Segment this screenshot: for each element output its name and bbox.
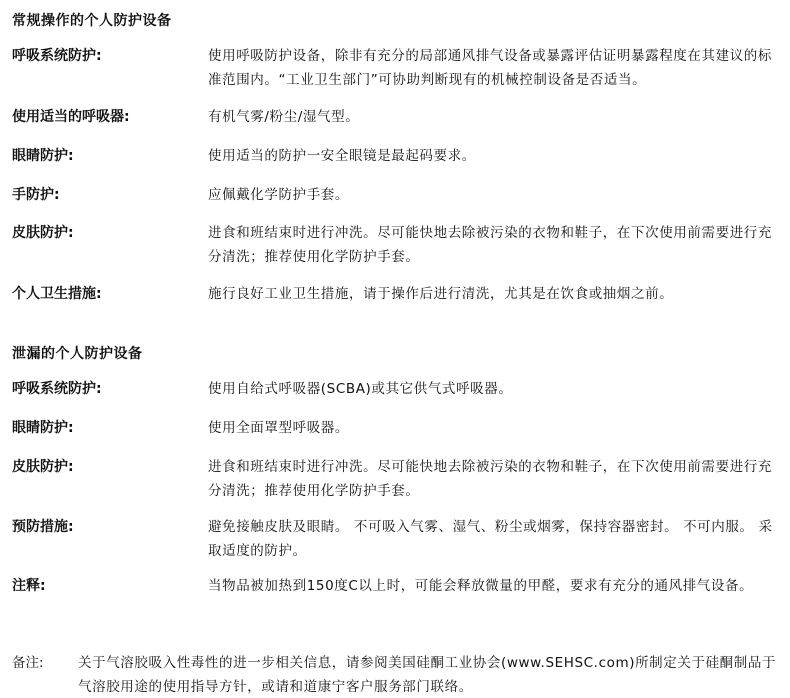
field-label: 预防措施: — [12, 515, 74, 539]
field-value: 避免接触皮肤及眼睛。 不可吸入气雾、湿气、粉尘或烟雾，保持容器密封。 不可内服。… — [208, 515, 782, 563]
field-value: 施行良好工业卫生措施，请于操作后进行清洗，尤其是在饮食或抽烟之前。 — [208, 282, 782, 306]
field-label: 皮肤防护: — [12, 455, 74, 479]
field-label: 皮肤防护: — [12, 221, 74, 245]
section-heading-spill-ppe: 泄漏的个人防护设备 — [12, 343, 143, 363]
field-label: 呼吸系统防护: — [12, 44, 102, 68]
field-value: 使用自给式呼吸器(SCBA)或其它供气式呼吸器。 — [208, 377, 782, 401]
field-label: 手防护: — [12, 183, 60, 207]
field-value: 使用适当的防护一安全眼镜是最起码要求。 — [208, 144, 782, 168]
field-value: 进食和班结束时进行冲洗。尽可能快地去除被污染的衣物和鞋子，在下次使用前需要进行充… — [208, 221, 782, 269]
field-value: 应佩戴化学防护手套。 — [208, 183, 782, 207]
field-value: 有机气雾/粉尘/湿气型。 — [208, 105, 782, 129]
field-label: 眼睛防护: — [12, 416, 74, 440]
field-label: 注释: — [12, 574, 46, 598]
field-label: 个人卫生措施: — [12, 282, 102, 306]
field-label: 呼吸系统防护: — [12, 377, 102, 401]
field-value: 当物品被加热到150度C以上时，可能会释放微量的甲醛，要求有充分的通风排气设备。 — [208, 574, 782, 598]
footnote-text: 关于气溶胶吸入性毒性的进一步相关信息，请参阅美国硅酮工业协会(www.SEHSC… — [78, 651, 788, 698]
field-value: 使用全面罩型呼吸器。 — [208, 416, 782, 440]
field-label: 眼睛防护: — [12, 144, 74, 168]
field-value: 进食和班结束时进行冲洗。尽可能快地去除被污染的衣物和鞋子，在下次使用前需要进行充… — [208, 455, 782, 503]
section-heading-routine-ppe: 常规操作的个人防护设备 — [12, 10, 172, 30]
field-value: 使用呼吸防护设备，除非有充分的局部通风排气设备或暴露评估证明暴露程度在其建议的标… — [208, 44, 782, 92]
field-label: 使用适当的呼吸器: — [12, 105, 130, 129]
footnote-label: 备注: — [12, 651, 44, 675]
